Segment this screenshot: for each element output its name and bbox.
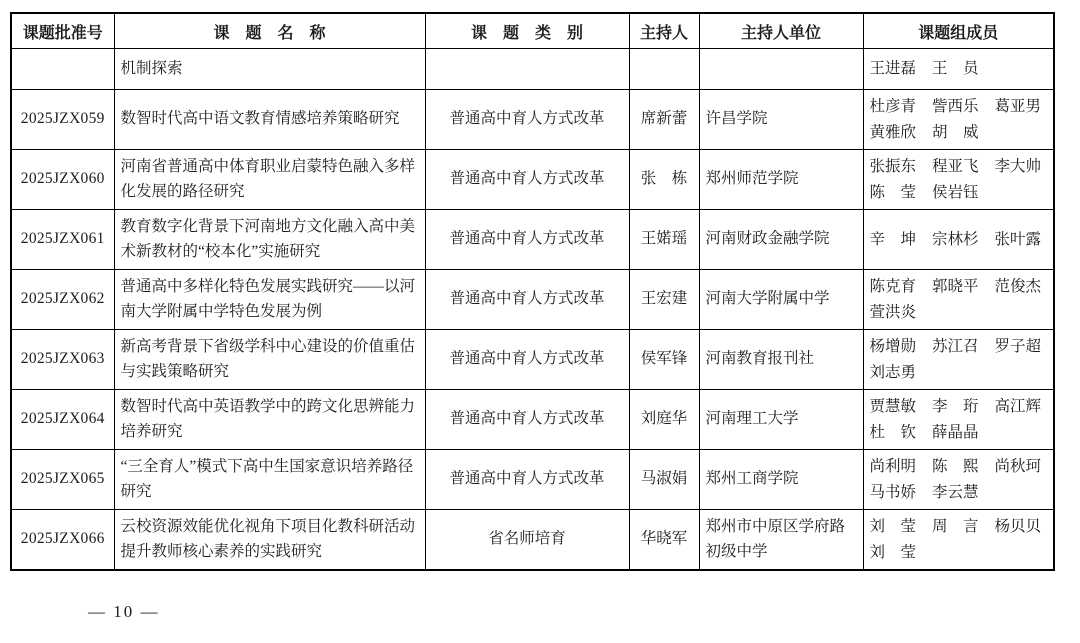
unit-cell: 河南理工大学 [699,390,863,450]
members-cell: 刘 莹周 言杨贝贝刘 莹 [863,510,1054,571]
leader-cell: 侯军锋 [629,330,699,390]
member-name: 李 珩 [932,397,979,416]
member-name: 杜 钦 [870,423,917,442]
approval-no-cell: 2025JZX064 [11,390,114,450]
approval-no-cell: 2025JZX063 [11,330,114,390]
members-cell: 王进磊王 员 [863,49,1054,90]
member-name: 高江辉 [995,397,1042,416]
leader-cell: 张 栋 [629,150,699,210]
member-name: 薛晶晶 [932,423,979,442]
unit-cell: 郑州市中原区学府路初级中学 [699,510,863,571]
approval-no-cell: 2025JZX062 [11,270,114,330]
member-name: 宗林杉 [932,230,979,249]
member-name: 李大帅 [995,157,1042,176]
members-list: 王进磊王 员 [870,59,1048,78]
approval-no-cell: 2025JZX066 [11,510,114,571]
member-name: 马书娇 [870,483,917,502]
members-cell: 张振东程亚飞李大帅陈 莹侯岩钰 [863,150,1054,210]
member-name: 李云慧 [932,483,979,502]
table-header: 课题批准号 课 题 名 称 课 题 类 别 主持人 主持人单位 课题组成员 [11,13,1054,49]
member-name: 葛亚男 [995,97,1042,116]
member-name: 陈 莹 [870,183,917,202]
member-name: 訾西乐 [932,97,979,116]
table-row: 机制探索 王进磊王 员 [11,49,1054,90]
members-cell: 杨增勋苏江召罗子超刘志勇 [863,330,1054,390]
member-name: 陈 熙 [932,457,979,476]
project-title-cell: 数智时代高中语文教育情感培养策略研究 [114,90,425,150]
member-name: 刘 莹 [870,517,917,536]
column-header-approval-no: 课题批准号 [11,13,114,49]
page-number: — 10 — [88,602,160,622]
member-name: 黄雅欣 [870,123,917,142]
unit-cell [699,49,863,90]
project-title-cell: “三全育人”模式下高中生国家意识培养路径研究 [114,450,425,510]
leader-cell: 刘庭华 [629,390,699,450]
unit-cell: 郑州工商学院 [699,450,863,510]
member-name: 张振东 [870,157,917,176]
category-cell: 普通高中育人方式改革 [425,90,629,150]
unit-cell: 河南大学附属中学 [699,270,863,330]
members-list: 贾慧敏李 珩高江辉杜 钦薛晶晶 [870,397,1048,443]
table-row: 2025JZX063 新高考背景下省级学科中心建设的价值重估与实践策略研究 普通… [11,330,1054,390]
category-cell: 省名师培育 [425,510,629,571]
project-title-cell: 数智时代高中英语教学中的跨文化思辨能力培养研究 [114,390,425,450]
member-name: 王进磊 [870,59,917,78]
member-name: 尚秋珂 [995,457,1042,476]
table-row: 2025JZX065 “三全育人”模式下高中生国家意识培养路径研究 普通高中育人… [11,450,1054,510]
header-row: 课题批准号 课 题 名 称 课 题 类 别 主持人 主持人单位 课题组成员 [11,13,1054,49]
column-header-unit: 主持人单位 [699,13,863,49]
members-cell: 辛 坤宗林杉张叶露 [863,210,1054,270]
leader-cell: 马淑娟 [629,450,699,510]
member-name: 杨增勋 [870,337,917,356]
category-cell: 普通高中育人方式改革 [425,330,629,390]
member-name: 张叶露 [995,230,1042,249]
table-body: 机制探索 王进磊王 员 2025JZX059 数智时代高中语文教育情感培养策略研… [11,49,1054,571]
approval-no-cell: 2025JZX061 [11,210,114,270]
unit-cell: 郑州师范学院 [699,150,863,210]
unit-cell: 河南财政金融学院 [699,210,863,270]
member-name: 郭晓平 [932,277,979,296]
member-name: 杜彦青 [870,97,917,116]
members-list: 杨增勋苏江召罗子超刘志勇 [870,337,1048,383]
member-name: 刘 莹 [870,543,917,562]
member-name: 胡 威 [932,123,979,142]
table-row: 2025JZX062 普通高中多样化特色发展实践研究——以河南大学附属中学特色发… [11,270,1054,330]
table-row: 2025JZX060 河南省普通高中体育职业启蒙特色融入多样化发展的路径研究 普… [11,150,1054,210]
approval-no-cell: 2025JZX065 [11,450,114,510]
unit-cell: 河南教育报刊社 [699,330,863,390]
approval-no-cell: 2025JZX059 [11,90,114,150]
member-name: 侯岩钰 [932,183,979,202]
leader-cell: 华晓军 [629,510,699,571]
category-cell: 普通高中育人方式改革 [425,150,629,210]
project-title-cell: 教育数字化背景下河南地方文化融入高中美术新教材的“校本化”实施研究 [114,210,425,270]
document-page: 课题批准号 课 题 名 称 课 题 类 别 主持人 主持人单位 课题组成员 机制… [0,0,1080,643]
members-cell: 贾慧敏李 珩高江辉杜 钦薛晶晶 [863,390,1054,450]
project-title-cell: 普通高中多样化特色发展实践研究——以河南大学附属中学特色发展为例 [114,270,425,330]
member-name: 程亚飞 [932,157,979,176]
member-name: 辛 坤 [870,230,917,249]
project-approval-table: 课题批准号 课 题 名 称 课 题 类 别 主持人 主持人单位 课题组成员 机制… [10,12,1055,571]
project-title-cell: 机制探索 [114,49,425,90]
approval-no-cell: 2025JZX060 [11,150,114,210]
approval-no-cell [11,49,114,90]
members-cell: 尚利明陈 熙尚秋珂马书娇李云慧 [863,450,1054,510]
members-list: 杜彦青訾西乐葛亚男黄雅欣胡 威 [870,97,1048,143]
members-list: 辛 坤宗林杉张叶露 [870,230,1048,249]
member-name: 刘志勇 [870,363,917,382]
column-header-leader: 主持人 [629,13,699,49]
member-name: 苏江召 [932,337,979,356]
member-name: 陈克育 [870,277,917,296]
members-list: 尚利明陈 熙尚秋珂马书娇李云慧 [870,457,1048,503]
member-name: 周 言 [932,517,979,536]
unit-cell: 许昌学院 [699,90,863,150]
member-name: 贾慧敏 [870,397,917,416]
members-list: 张振东程亚飞李大帅陈 莹侯岩钰 [870,157,1048,203]
member-name: 罗子超 [995,337,1042,356]
members-cell: 杜彦青訾西乐葛亚男黄雅欣胡 威 [863,90,1054,150]
member-name: 范俊杰 [995,277,1042,296]
project-title-cell: 河南省普通高中体育职业启蒙特色融入多样化发展的路径研究 [114,150,425,210]
column-header-members: 课题组成员 [863,13,1054,49]
members-list: 刘 莹周 言杨贝贝刘 莹 [870,517,1048,563]
leader-cell [629,49,699,90]
category-cell [425,49,629,90]
column-header-category: 课 题 类 别 [425,13,629,49]
category-cell: 普通高中育人方式改革 [425,450,629,510]
table-row: 2025JZX059 数智时代高中语文教育情感培养策略研究 普通高中育人方式改革… [11,90,1054,150]
leader-cell: 王宏建 [629,270,699,330]
table-row: 2025JZX064 数智时代高中英语教学中的跨文化思辨能力培养研究 普通高中育… [11,390,1054,450]
member-name: 尚利明 [870,457,917,476]
members-list: 陈克育郭晓平范俊杰萱洪炎 [870,277,1048,323]
category-cell: 普通高中育人方式改革 [425,210,629,270]
leader-cell: 王婼瑶 [629,210,699,270]
member-name: 王 员 [932,59,979,78]
members-cell: 陈克育郭晓平范俊杰萱洪炎 [863,270,1054,330]
category-cell: 普通高中育人方式改革 [425,390,629,450]
member-name: 萱洪炎 [870,303,917,322]
project-title-cell: 云校资源效能优化视角下项目化教科研活动提升教师核心素养的实践研究 [114,510,425,571]
member-name: 杨贝贝 [995,517,1042,536]
project-title-cell: 新高考背景下省级学科中心建设的价值重估与实践策略研究 [114,330,425,390]
category-cell: 普通高中育人方式改革 [425,270,629,330]
leader-cell: 席新蕾 [629,90,699,150]
column-header-title: 课 题 名 称 [114,13,425,49]
table-row: 2025JZX061 教育数字化背景下河南地方文化融入高中美术新教材的“校本化”… [11,210,1054,270]
table-row: 2025JZX066 云校资源效能优化视角下项目化教科研活动提升教师核心素养的实… [11,510,1054,571]
